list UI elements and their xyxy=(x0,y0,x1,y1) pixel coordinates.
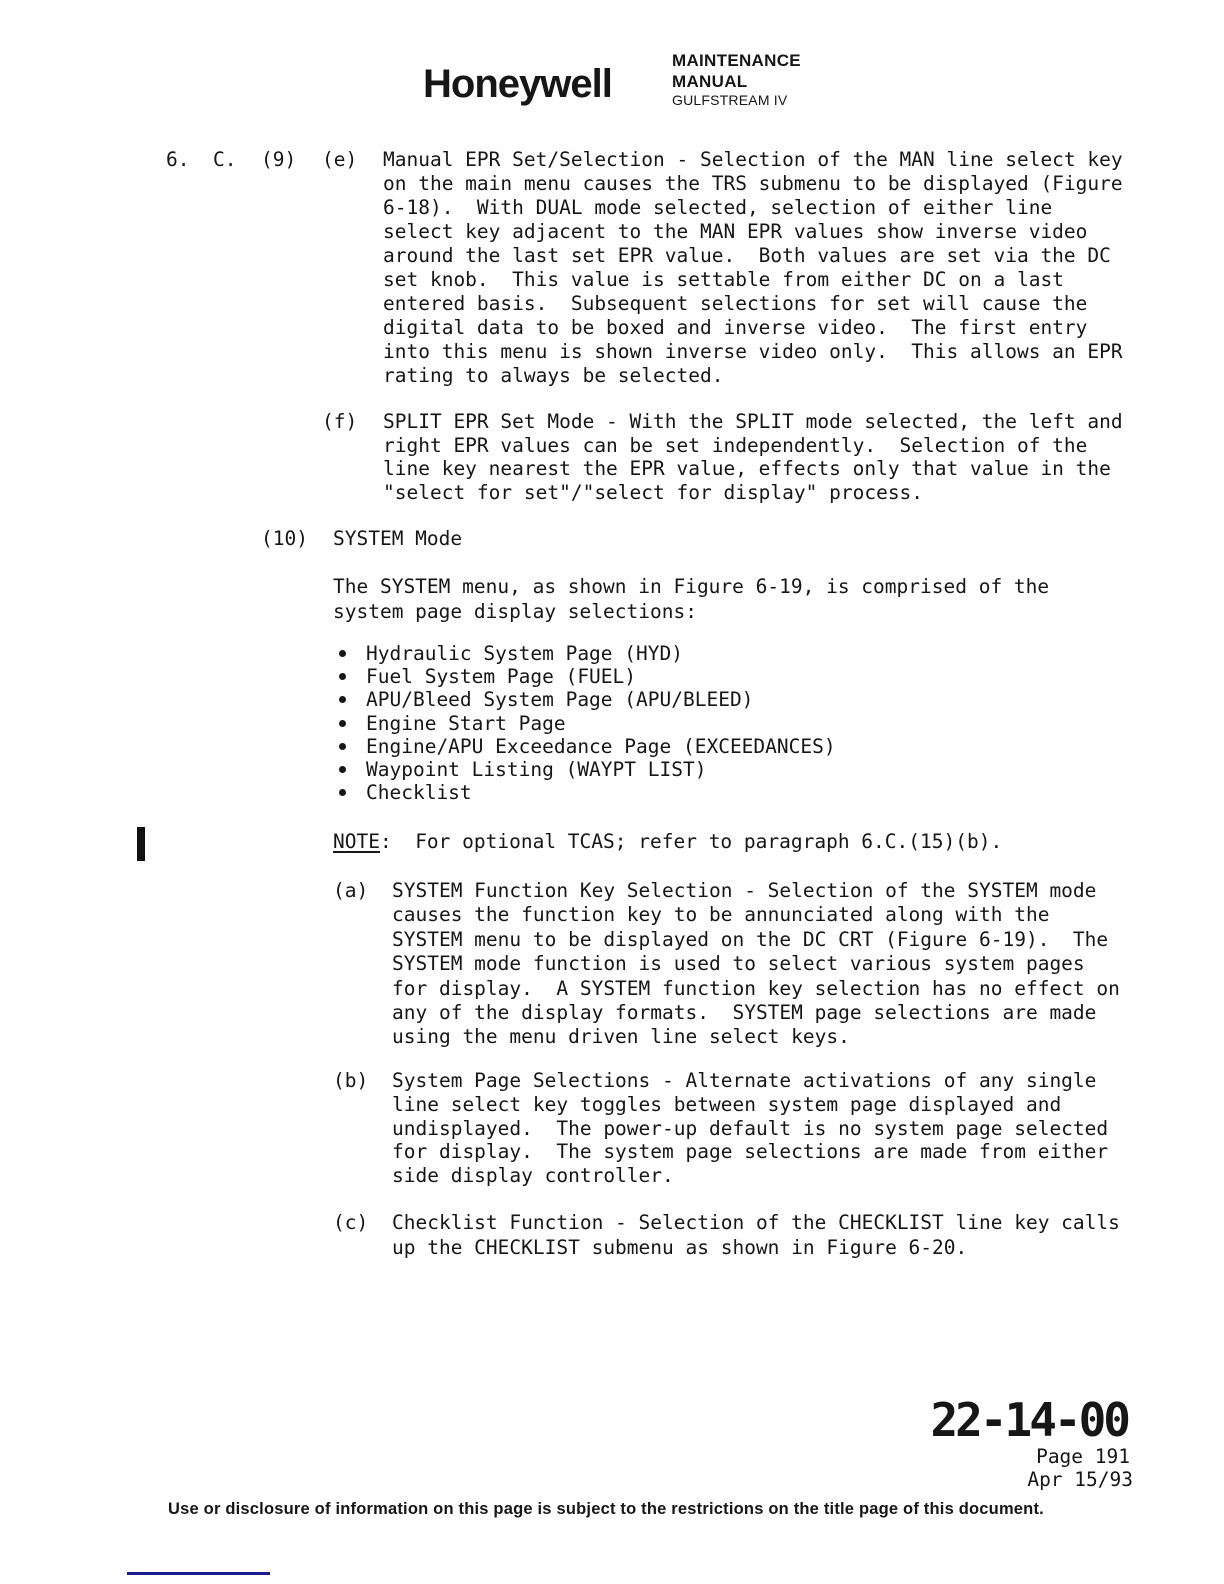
bullet-icon xyxy=(339,789,346,796)
list-item-text: Waypoint Listing (WAYPT LIST) xyxy=(366,758,706,781)
para-e-text: Manual EPR Set/Selection - Selection of … xyxy=(383,148,1163,388)
para-f-text: SPLIT EPR Set Mode - With the SPLIT mode… xyxy=(383,410,1163,504)
para-a-label: (a) xyxy=(333,879,368,903)
section-number: 6. xyxy=(166,148,189,172)
list-item: Waypoint Listing (WAYPT LIST) xyxy=(339,758,836,781)
revision-date: Apr 15/93 xyxy=(1027,1469,1133,1491)
ata-chapter-number: 22-14-00 xyxy=(930,1396,1128,1444)
bullet-icon xyxy=(339,743,346,750)
aircraft-model: GULFSTREAM IV xyxy=(672,92,801,108)
bullet-icon xyxy=(339,673,346,680)
revision-change-bar xyxy=(137,827,145,861)
subsection-letter: C. xyxy=(213,148,236,172)
item-10-title: SYSTEM Mode xyxy=(333,527,462,551)
list-item-text: Checklist xyxy=(366,781,472,804)
list-item: Checklist xyxy=(339,781,836,804)
manual-page: Honeywell MAINTENANCE MANUAL GULFSTREAM … xyxy=(0,0,1224,1584)
honeywell-logo: Honeywell xyxy=(423,62,612,106)
disclaimer-text: Use or disclosure of information on this… xyxy=(0,1500,1212,1519)
list-item: APU/Bleed System Page (APU/BLEED) xyxy=(339,688,836,711)
system-menu-list: Hydraulic System Page (HYD) Fuel System … xyxy=(339,642,836,804)
list-item-text: APU/Bleed System Page (APU/BLEED) xyxy=(366,688,753,711)
page-number: Page 191 xyxy=(1036,1446,1130,1468)
list-item: Engine Start Page xyxy=(339,712,836,735)
list-item: Engine/APU Exceedance Page (EXCEEDANCES) xyxy=(339,735,836,758)
note-text: : For optional TCAS; refer to paragraph … xyxy=(380,830,1002,853)
list-item-text: Engine Start Page xyxy=(366,712,566,735)
system-menu-intro: The SYSTEM menu, as shown in Figure 6-19… xyxy=(333,574,1113,624)
bullet-icon xyxy=(339,650,346,657)
list-item-text: Fuel System Page (FUEL) xyxy=(366,665,636,688)
note: NOTE: For optional TCAS; refer to paragr… xyxy=(333,830,1002,854)
para-f-label: (f) xyxy=(322,410,357,434)
list-item: Fuel System Page (FUEL) xyxy=(339,665,836,688)
document-title-block: MAINTENANCE MANUAL GULFSTREAM IV xyxy=(672,50,801,108)
para-e-label: (e) xyxy=(322,148,357,172)
doc-title-line2: MANUAL xyxy=(672,71,801,92)
para-b-text: System Page Selections - Alternate activ… xyxy=(392,1069,1162,1188)
para-b-label: (b) xyxy=(333,1069,368,1093)
footer-blue-line xyxy=(127,1572,270,1575)
list-item: Hydraulic System Page (HYD) xyxy=(339,642,836,665)
bullet-icon xyxy=(339,696,346,703)
para-a-text: SYSTEM Function Key Selection - Selectio… xyxy=(392,879,1162,1050)
note-label: NOTE xyxy=(333,830,380,853)
doc-title-line1: MAINTENANCE xyxy=(672,50,801,71)
list-item-text: Hydraulic System Page (HYD) xyxy=(366,642,683,665)
bullet-icon xyxy=(339,766,346,773)
item-9-number: (9) xyxy=(261,148,296,172)
item-10-number: (10) xyxy=(261,527,308,551)
para-c-text: Checklist Function - Selection of the CH… xyxy=(392,1210,1162,1260)
para-c-label: (c) xyxy=(333,1210,368,1235)
list-item-text: Engine/APU Exceedance Page (EXCEEDANCES) xyxy=(366,735,836,758)
bullet-icon xyxy=(339,720,346,727)
